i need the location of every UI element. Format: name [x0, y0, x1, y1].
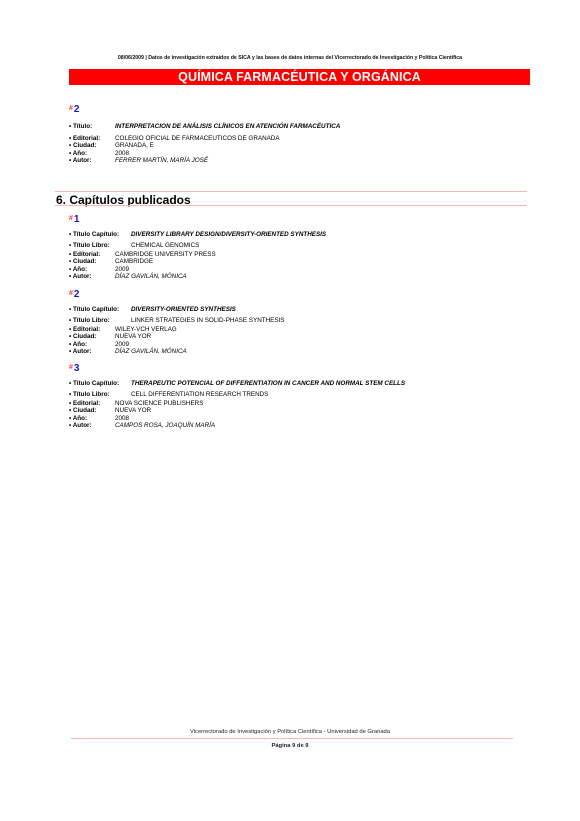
page-header: 08/06/2009 | Datos de investigación extr…: [0, 55, 580, 61]
hash-mark: #: [69, 290, 73, 297]
entry-number: #2: [69, 104, 79, 115]
footer-rule: [71, 738, 513, 739]
section-rule-bottom: [55, 205, 527, 206]
entry-number: #1: [69, 214, 79, 225]
entry-number: #3: [69, 363, 79, 374]
page-number: Página 9 de 9: [0, 743, 580, 749]
hash-mark: #: [69, 364, 73, 371]
section-rule-top: [55, 191, 527, 192]
footer-institution: Vicerrectorado de Investigación y Políti…: [0, 729, 580, 735]
department-banner: QUÍMICA FARMACÉUTICA Y ORGÁNICA: [69, 69, 530, 85]
hash-mark: #: [69, 215, 73, 222]
hash-mark: #: [69, 105, 73, 112]
entry-number: #2: [69, 289, 79, 300]
